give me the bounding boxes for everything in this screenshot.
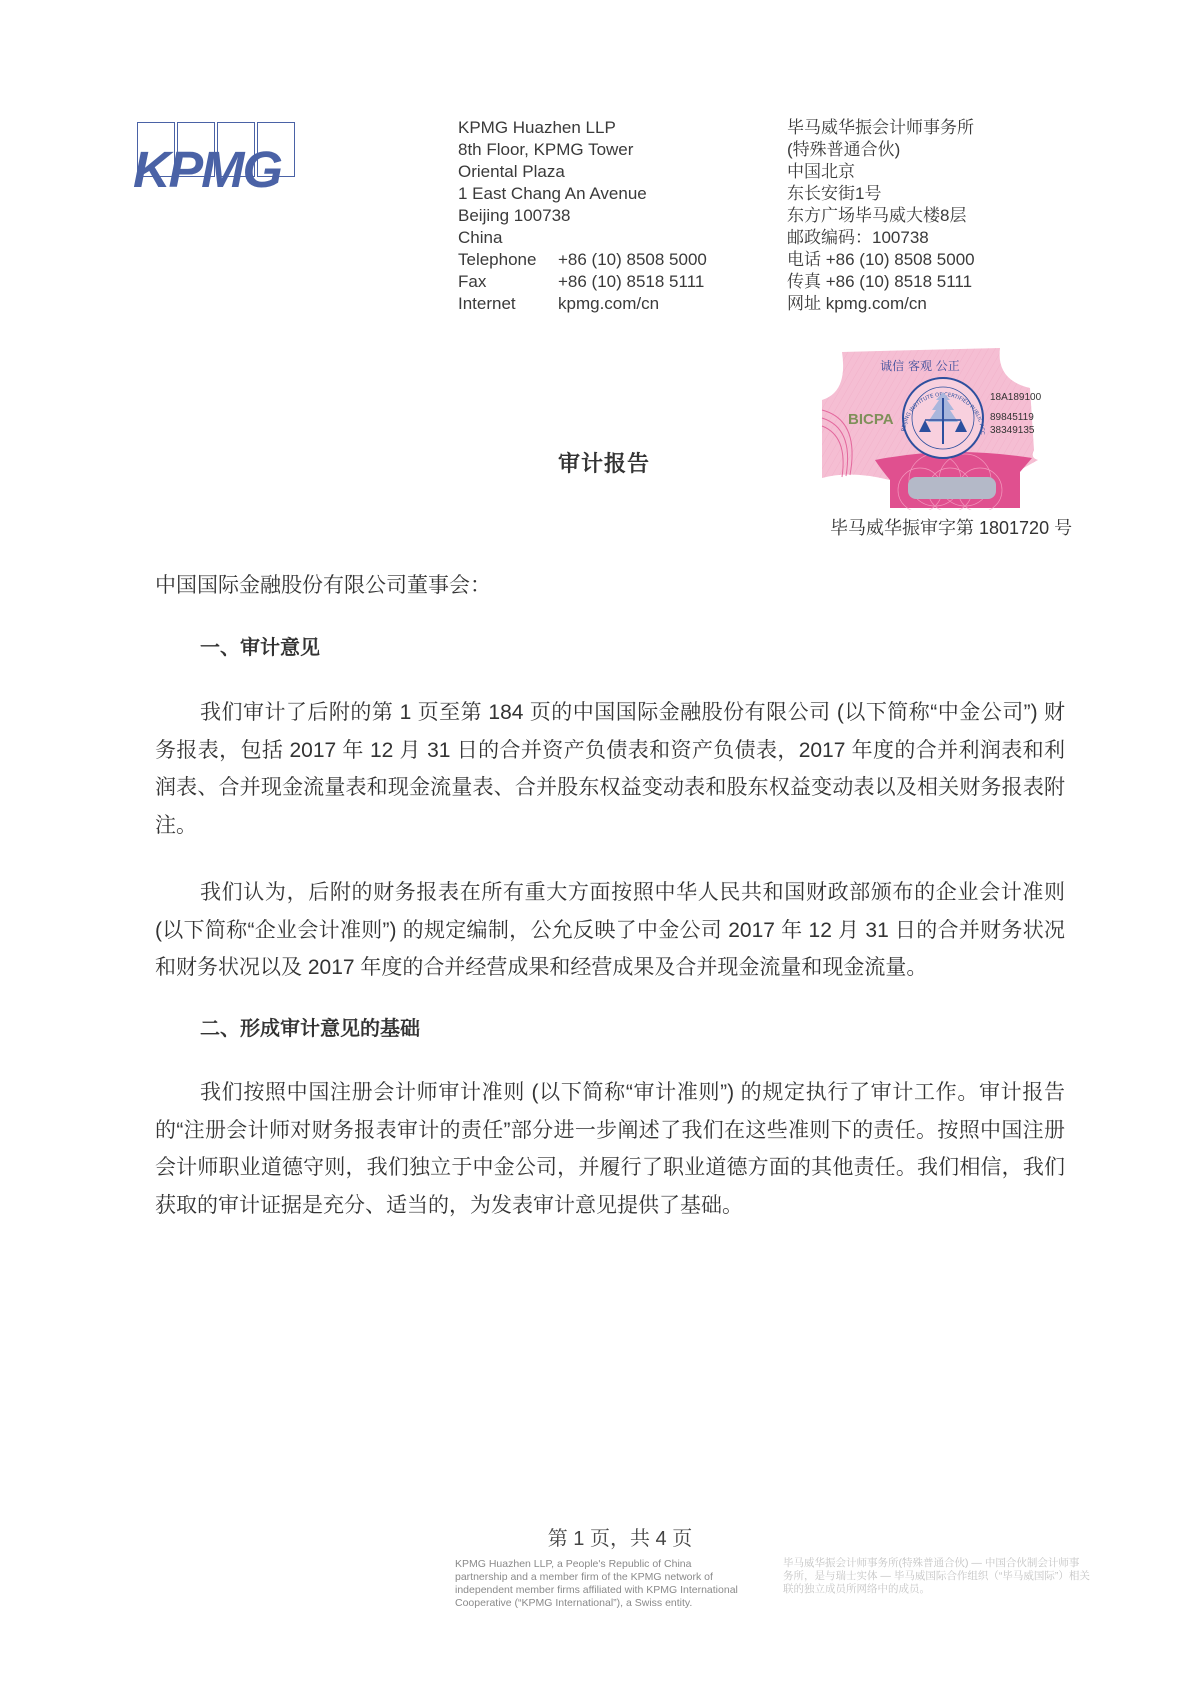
paragraph-opinion: 我们认为，后附的财务报表在所有重大方面按照中华人民共和国财政部颁布的企业会计准则…	[155, 874, 1065, 987]
paragraph-audit-scope: 我们审计了后附的第 1 页至第 184 页的中国国际金融股份有限公司 (以下简称…	[155, 694, 1065, 844]
bicpa-stamp: 诚信 客观 公正 BEIJING INSTITUTE OF CERTIFIED …	[820, 340, 1048, 510]
internet-link[interactable]: kpmg.com/cn	[558, 294, 659, 313]
fax-row-cn: 传真 +86 (10) 8518 5111	[787, 271, 1087, 293]
address-line: 东长安街1号	[787, 183, 1087, 205]
address-line: Beijing 100738	[458, 205, 738, 227]
kpmg-logo: KPMG	[133, 121, 305, 197]
address-line: China	[458, 227, 738, 249]
stamp-code-2: 89845119	[990, 412, 1034, 423]
footer-line: partnership and a member firm of the KPM…	[455, 1571, 785, 1584]
telephone-row-cn: 电话 +86 (10) 8508 5000	[787, 249, 1087, 271]
address-line: 毕马威华振会计师事务所	[787, 117, 1087, 139]
internet-row: Internetkpmg.com/cn	[458, 293, 738, 315]
logo-text: KPMG	[133, 143, 281, 197]
stamp-graphic: 诚信 客观 公正 BEIJING INSTITUTE OF CERTIFIED …	[820, 340, 1048, 510]
footer-line: independent member firms affiliated with…	[455, 1584, 785, 1597]
fax-row: Fax+86 (10) 8518 5111	[458, 271, 738, 293]
internet-row-cn[interactable]: 网址 kpmg.com/cn	[787, 293, 1087, 315]
telephone-value: +86 (10) 8508 5000	[558, 250, 707, 269]
stamp-code-1: 18A189100	[990, 392, 1042, 403]
address-line: 中国北京	[787, 161, 1087, 183]
address-line: 东方广场毕马威大楼8层	[787, 205, 1087, 227]
address-line: (特殊普通合伙)	[787, 139, 1087, 161]
report-number: 毕马威华振审字第 1801720 号	[830, 514, 1072, 540]
address-chinese: 毕马威华振会计师事务所 (特殊普通合伙) 中国北京 东长安街1号 东方广场毕马威…	[787, 117, 1087, 315]
stamp-bicpa-label: BICPA	[848, 411, 894, 428]
stamp-motto: 诚信 客观 公正	[880, 358, 960, 373]
address-line: Oriental Plaza	[458, 161, 738, 183]
telephone-label: Telephone	[458, 249, 558, 271]
section-heading-basis-for-opinion: 二、形成审计意见的基础	[200, 1011, 1110, 1049]
footer-line: 毕马威华振会计师事务所(特殊普通合伙) — 中国合伙制会计师事	[783, 1557, 1103, 1570]
stamp-code-3: 38349135	[990, 425, 1035, 436]
section-heading-audit-opinion: 一、审计意见	[200, 630, 1110, 668]
footer-line: KPMG Huazhen LLP, a People's Republic of…	[455, 1558, 785, 1571]
document-title: 审计报告	[558, 447, 650, 478]
address-english: KPMG Huazhen LLP 8th Floor, KPMG Tower O…	[458, 117, 738, 315]
fax-label: Fax	[458, 271, 558, 293]
footer-line: 务所，是与瑞士实体 — 毕马威国际合作组织（“毕马威国际”）相关	[783, 1570, 1103, 1583]
paragraph-basis: 我们按照中国注册会计师审计准则 (以下简称“审计准则”) 的规定执行了审计工作。…	[155, 1074, 1065, 1224]
footer-line: Cooperative (“KPMG International”), a Sw…	[455, 1597, 785, 1610]
address-line: KPMG Huazhen LLP	[458, 117, 738, 139]
telephone-row: Telephone+86 (10) 8508 5000	[458, 249, 738, 271]
footer-line: 联的独立成员所网络中的成员。	[783, 1583, 1103, 1596]
page-number: 第 1 页，共 4 页	[540, 1522, 700, 1551]
internet-label: Internet	[458, 293, 558, 315]
fax-value: +86 (10) 8518 5111	[558, 272, 704, 291]
footer-legal-chinese: 毕马威华振会计师事务所(特殊普通合伙) — 中国合伙制会计师事 务所，是与瑞士实…	[783, 1557, 1103, 1596]
address-line: 邮政编码：100738	[787, 227, 1087, 249]
address-line: 1 East Chang An Avenue	[458, 183, 738, 205]
footer-legal-english: KPMG Huazhen LLP, a People's Republic of…	[455, 1558, 785, 1610]
addressee: 中国国际金融股份有限公司董事会：	[155, 567, 1065, 605]
address-line: 8th Floor, KPMG Tower	[458, 139, 738, 161]
